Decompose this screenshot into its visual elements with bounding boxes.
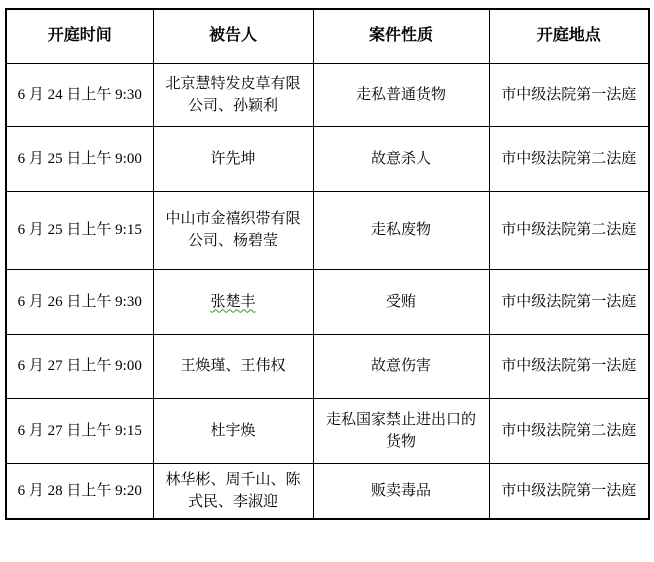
header-hearing-time: 开庭时间 (6, 9, 153, 63)
location-cell: 市中级法院第二法庭 (489, 398, 649, 463)
case-nature-cell: 走私普通货物 (313, 63, 489, 126)
defendant-cell: 杜宇焕 (153, 398, 313, 463)
location-cell: 市中级法院第一法庭 (489, 463, 649, 519)
table-row: 6 月 26 日上午 9:30 张楚丰 受贿 市中级法院第一法庭 (6, 269, 649, 334)
header-hearing-location: 开庭地点 (489, 9, 649, 63)
defendant-cell: 张楚丰 (153, 269, 313, 334)
defendant-cell: 许先坤 (153, 126, 313, 191)
defendant-name-grammar-underline: 张楚丰 (210, 294, 255, 310)
table-row: 6 月 25 日上午 9:00 许先坤 故意杀人 市中级法院第二法庭 (6, 126, 649, 191)
time-cell: 6 月 25 日上午 9:00 (6, 126, 153, 191)
case-nature-cell: 故意伤害 (313, 334, 489, 398)
document-page: 开庭时间 被告人 案件性质 开庭地点 6 月 24 日上午 9:30 北京慧特发… (0, 0, 654, 562)
table-row: 6 月 27 日上午 9:15 杜宇焕 走私国家禁止进出口的货物 市中级法院第二… (6, 398, 649, 463)
time-cell: 6 月 24 日上午 9:30 (6, 63, 153, 126)
header-case-nature: 案件性质 (313, 9, 489, 63)
defendant-cell: 中山市金禧织带有限公司、杨碧莹 (153, 191, 313, 269)
case-nature-cell: 贩卖毒品 (313, 463, 489, 519)
case-nature-cell: 受贿 (313, 269, 489, 334)
location-cell: 市中级法院第一法庭 (489, 63, 649, 126)
location-cell: 市中级法院第一法庭 (489, 334, 649, 398)
table-row: 6 月 25 日上午 9:15 中山市金禧织带有限公司、杨碧莹 走私废物 市中级… (6, 191, 649, 269)
time-cell: 6 月 28 日上午 9:20 (6, 463, 153, 519)
table-row: 6 月 24 日上午 9:30 北京慧特发皮草有限公司、孙颖利 走私普通货物 市… (6, 63, 649, 126)
case-nature-cell: 走私国家禁止进出口的货物 (313, 398, 489, 463)
location-cell: 市中级法院第二法庭 (489, 126, 649, 191)
defendant-cell: 北京慧特发皮草有限公司、孙颖利 (153, 63, 313, 126)
time-cell: 6 月 26 日上午 9:30 (6, 269, 153, 334)
header-defendant: 被告人 (153, 9, 313, 63)
defendant-cell: 林华彬、周千山、陈式民、李淑迎 (153, 463, 313, 519)
time-cell: 6 月 25 日上午 9:15 (6, 191, 153, 269)
time-cell: 6 月 27 日上午 9:15 (6, 398, 153, 463)
case-nature-cell: 故意杀人 (313, 126, 489, 191)
location-cell: 市中级法院第二法庭 (489, 191, 649, 269)
location-cell: 市中级法院第一法庭 (489, 269, 649, 334)
table-row: 6 月 28 日上午 9:20 林华彬、周千山、陈式民、李淑迎 贩卖毒品 市中级… (6, 463, 649, 519)
court-hearing-schedule-table: 开庭时间 被告人 案件性质 开庭地点 6 月 24 日上午 9:30 北京慧特发… (5, 8, 650, 520)
defendant-cell: 王焕瑾、王伟权 (153, 334, 313, 398)
case-nature-cell: 走私废物 (313, 191, 489, 269)
time-cell: 6 月 27 日上午 9:00 (6, 334, 153, 398)
header-row: 开庭时间 被告人 案件性质 开庭地点 (6, 9, 649, 63)
table-row: 6 月 27 日上午 9:00 王焕瑾、王伟权 故意伤害 市中级法院第一法庭 (6, 334, 649, 398)
